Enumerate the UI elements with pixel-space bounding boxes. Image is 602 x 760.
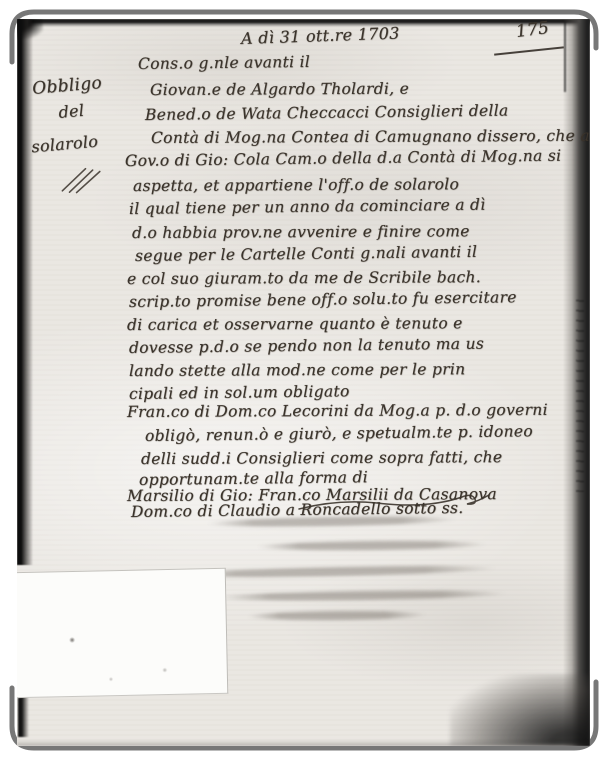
manuscript-scan-viewer: 175 A dì 31 ott.re 1703 Obbligo del sola… — [0, 0, 602, 760]
manuscript-line: segue per le Cartelle Conti g.nali avant… — [135, 243, 477, 265]
signature-flourish — [297, 489, 492, 517]
manuscript-line: Giovan.e de Algardo Tholardi, e — [150, 80, 409, 99]
manuscript-line: d.o habbia prov.ne avvenire e finire com… — [132, 222, 470, 242]
manuscript-line: aspetta, et appartiene l'off.o de solaro… — [133, 175, 459, 195]
manuscript-line: Gov.o di Gio: Cola Cam.o della d.a Contà… — [125, 147, 562, 170]
manuscript-line: obligò, renun.ò e giurò, e spetualm.te p… — [145, 422, 533, 445]
manuscript-line: dovesse p.d.o se pendo non la tenuto ma … — [129, 335, 484, 357]
manuscript-line: delli sudd.i Consiglieri come sopra fatt… — [141, 448, 502, 468]
manuscript-line: e col suo giuram.to da me de Scribile ba… — [127, 268, 481, 288]
paper-slip-overlay — [17, 568, 228, 698]
manuscript-line: il qual tiene per un anno da cominciare … — [129, 196, 486, 218]
manuscript-line: Contà di Mog.na Contea di Camugnano diss… — [151, 127, 590, 147]
manuscript-line: Bened.o de Wata Checcacci Consiglieri de… — [145, 102, 509, 124]
manuscript-line: lando stette alla mod.ne come per le pri… — [129, 360, 466, 380]
manuscript-line: Cons.o g.nle avanti il — [138, 53, 310, 73]
manuscript-page: 175 A dì 31 ott.re 1703 Obbligo del sola… — [17, 19, 590, 746]
manuscript-line: Fran.co di Dom.co Lecorini da Mog.a p. d… — [127, 401, 548, 421]
manuscript-line: di carica et osservarne quanto è tenuto … — [127, 314, 463, 334]
manuscript-line: scrip.to promise bene off.o solu.to fu e… — [129, 288, 517, 311]
manuscript-line: cipali ed in sol.um obligato — [129, 382, 350, 403]
